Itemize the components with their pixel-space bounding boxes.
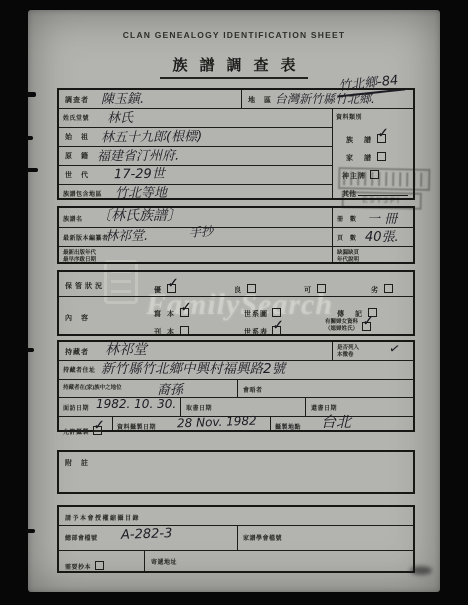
divider (59, 525, 413, 526)
paper-sheet: CLAN GENEALOGY IDENTIFICATION SHEET 族譜調查… (28, 10, 440, 592)
film-place-label: 攝製地點 (275, 422, 301, 431)
condition-content-table: 保管狀況 優✓ 良 可 劣 內 容 寫 本✓ 刊 本 世系圖 (57, 270, 415, 336)
material-option-other: 其他 (342, 183, 408, 201)
content-women-records: 有關婦女資料 （媳婦姓氏） ✓ (325, 317, 371, 335)
condition-good: 良 (234, 279, 256, 297)
divider (59, 379, 413, 380)
microfilm-inclusion-mark: ✓ (388, 341, 402, 358)
page-title-text: 族譜調查表 (160, 54, 307, 79)
take-date-label: 取書日期 (186, 403, 212, 412)
volumes-label: 冊 數 (337, 214, 357, 223)
scan-artifact (26, 168, 38, 172)
checkbox (384, 284, 393, 293)
gsu-file-number-label: 家譜學會檔號 (243, 533, 282, 542)
surveyor-label: 調查者 (65, 95, 89, 105)
coverage-value: 竹北等地 (115, 182, 167, 202)
checkbox (317, 284, 326, 293)
material-type-label: 資料類別 (336, 112, 362, 121)
blank-line (358, 188, 408, 196)
divider (59, 165, 332, 166)
coverage-label: 族譜包含地區 (63, 189, 102, 198)
origin-label: 原 籍 (65, 151, 89, 161)
compiler-value: 林祁堂. (105, 225, 148, 244)
holder-address-value: 新竹縣竹北鄉中興村福興路2號 (101, 357, 285, 377)
divider (332, 208, 333, 262)
check-mark: ✓ (92, 417, 104, 432)
microfilm-inclusion-label: 是否列入 本微卷 (337, 345, 359, 358)
visit-date-value: 1982. 10. 30. (96, 397, 176, 411)
area-label: 地 區 (248, 95, 272, 105)
surveyor-value: 陳玉鏔. (101, 88, 144, 107)
scan-artifact (26, 92, 36, 97)
genealogy-name-value: 〔林氏族譜〕 (97, 205, 181, 225)
publication-date-label: 最新出版年代 最早序跋日期 (63, 250, 96, 263)
scan-artifact (26, 348, 34, 352)
surname-label: 姓氏堂號 (63, 113, 89, 122)
divider (237, 379, 238, 397)
checkbox: ✓ (93, 426, 102, 435)
checkbox (370, 170, 379, 179)
basic-info-table: 調查者 陳玉鏔. 地 區 台灣新竹縣竹北鄉. 姓氏堂號 林氏 始 祖 林五十九郎… (57, 88, 415, 200)
condition-fair: 可 (304, 279, 326, 297)
checkbox: ✓ (167, 284, 176, 293)
mailing-address-label: 寄遞地址 (151, 557, 177, 566)
holder-position-label: 持藏者在(家)族中之地位 (63, 385, 122, 392)
divider (112, 416, 113, 430)
film-date-value: 28 Nov. 1982 (177, 414, 257, 431)
divider (332, 342, 333, 360)
copy-request: 需要抄本 (65, 556, 104, 574)
film-place-value: 台北 (321, 411, 351, 432)
generations-label: 世 代 (65, 170, 89, 180)
checkbox (247, 284, 256, 293)
check-mark: ✓ (166, 275, 178, 290)
holder-position-value: 裔孫 (157, 379, 183, 398)
content-label: 內 容 (65, 313, 89, 323)
holder-info-table: 持藏者 林祁堂 是否列入 本微卷 ✓ 持藏者住址 新竹縣竹北鄉中興村福興路2號 … (57, 340, 415, 432)
scan-artifact (410, 566, 432, 575)
surname-value: 林氏 (107, 107, 133, 126)
missing-pages-label: 缺漏缺頁 年代說明 (337, 250, 359, 263)
divider (332, 108, 333, 198)
area-value: 台灣新竹縣竹北鄉. (275, 90, 375, 107)
material-option-genealogy: 族 譜✓ (346, 129, 386, 147)
office-use-table: 請予本會授權縮攝目錄 總部會檔號 A-282-3 家譜學會檔號 需要抄本 寄遞地… (57, 505, 415, 573)
divider (180, 397, 181, 416)
scan-artifact (26, 529, 35, 533)
english-header: CLAN GENEALOGY IDENTIFICATION SHEET (28, 30, 440, 40)
material-option-family-record: 家 譜 (346, 147, 386, 165)
holder-address-label: 持藏者住址 (63, 365, 96, 374)
visit-date-label: 面訪日期 (63, 403, 89, 412)
book-info-table: 族譜名 〔林氏族譜〕 冊 數 一 冊 最新版本編纂者 林祁堂. 手抄 頁 數 4… (57, 206, 415, 264)
divider (237, 525, 238, 550)
material-option-ancestor-tablet: 神主牌 (342, 165, 379, 183)
scan-artifact (26, 136, 33, 140)
divider (59, 246, 413, 247)
content-manuscript: 寫 本✓ (154, 303, 189, 321)
volumes-value: 一 冊 (367, 208, 397, 227)
checkbox (180, 326, 189, 335)
founder-value: 林五十九郎(根標) (101, 125, 202, 145)
holder-label: 持藏者 (65, 347, 89, 357)
office-use-header: 請予本會授權縮攝目錄 (65, 513, 140, 522)
condition-excellent: 優✓ (154, 279, 176, 297)
divider (270, 416, 271, 430)
holder-value: 林祁堂 (105, 339, 147, 359)
hq-file-number-label: 總部會檔號 (65, 533, 98, 542)
compiler-label: 最新版本編纂者 (63, 233, 109, 242)
checkbox (377, 152, 386, 161)
hq-file-number-value: A-282-3 (121, 526, 173, 543)
condition-poor: 劣 (371, 279, 393, 297)
check-mark: ✓ (361, 313, 373, 328)
checkbox: ✓ (180, 308, 189, 317)
checkbox (95, 561, 104, 570)
interviewer-label: 會晤者 (243, 385, 263, 394)
film-permission: 允許攝製✓ (63, 421, 102, 439)
film-date-label: 資料攝製日期 (117, 422, 156, 431)
divider (144, 550, 145, 571)
divider (241, 90, 242, 108)
remarks-label: 附 註 (65, 458, 89, 468)
remarks-table: 附 註 (57, 450, 415, 494)
checkbox: ✓ (362, 322, 371, 331)
checkbox (272, 308, 281, 317)
compiler-note: 手抄 (188, 222, 213, 241)
divider (59, 184, 332, 185)
divider (59, 550, 413, 551)
origin-value: 福建省汀州府. (97, 145, 179, 165)
checkbox: ✓ (377, 134, 386, 143)
checkbox: ✓ (272, 326, 281, 335)
genealogy-name-label: 族譜名 (63, 214, 83, 223)
founder-label: 始 祖 (65, 132, 89, 142)
divider (305, 397, 306, 416)
condition-label: 保管狀況 (65, 281, 105, 291)
check-mark: ✓ (376, 125, 388, 140)
content-lineage-table: 世系表✓ (244, 321, 281, 339)
check-mark: ✓ (271, 317, 283, 332)
scanned-document: CLAN GENEALOGY IDENTIFICATION SHEET 族譜調查… (0, 0, 468, 605)
content-printed: 刊 本 (154, 321, 189, 339)
pages-value: 40張. (365, 226, 399, 245)
generations-value: 17-29世 (114, 163, 165, 183)
pages-label: 頁 數 (337, 233, 357, 242)
check-mark: ✓ (179, 299, 191, 314)
